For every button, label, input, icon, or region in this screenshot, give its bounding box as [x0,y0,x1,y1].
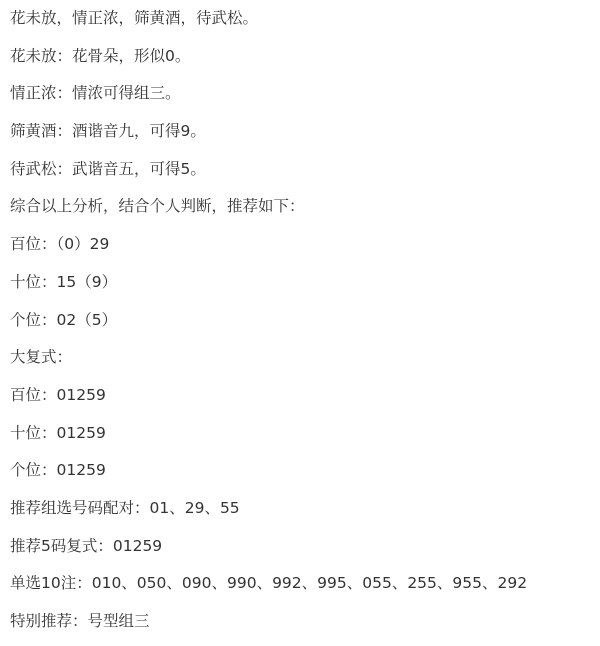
riddle-explanation-1: 花未放：花骨朵，形似0。 [10,38,600,76]
big-combo-tens: 十位：01259 [10,415,600,453]
tens-digit-pick: 十位：15（9） [10,264,600,302]
single-ten-bets: 单选10注：010、050、090、990、992、995、055、255、95… [10,565,600,603]
summary-intro: 综合以上分析，结合个人判断，推荐如下： [10,188,600,226]
riddle-explanation-3: 筛黄酒：酒谐音九，可得9。 [10,113,600,151]
riddle-explanation-4: 待武松：武谐音五，可得5。 [10,151,600,189]
special-recommendation: 特别推荐：号型组三 [10,603,600,641]
riddle-line: 花未放，情正浓，筛黄酒，待武松。 [10,0,600,38]
riddle-explanation-2: 情正浓：情浓可得组三。 [10,75,600,113]
article-body: 花未放，情正浓，筛黄酒，待武松。 花未放：花骨朵，形似0。 情正浓：情浓可得组三… [10,0,600,641]
five-code-combo-pick: 推荐5码复式：01259 [10,528,600,566]
group-pairing-pick: 推荐组选号码配对：01、29、55 [10,490,600,528]
big-combo-hundreds: 百位：01259 [10,377,600,415]
hundreds-digit-pick: 百位：（0）29 [10,226,600,264]
big-combo-heading: 大复式： [10,339,600,377]
units-digit-pick: 个位：02（5） [10,302,600,340]
big-combo-units: 个位：01259 [10,452,600,490]
